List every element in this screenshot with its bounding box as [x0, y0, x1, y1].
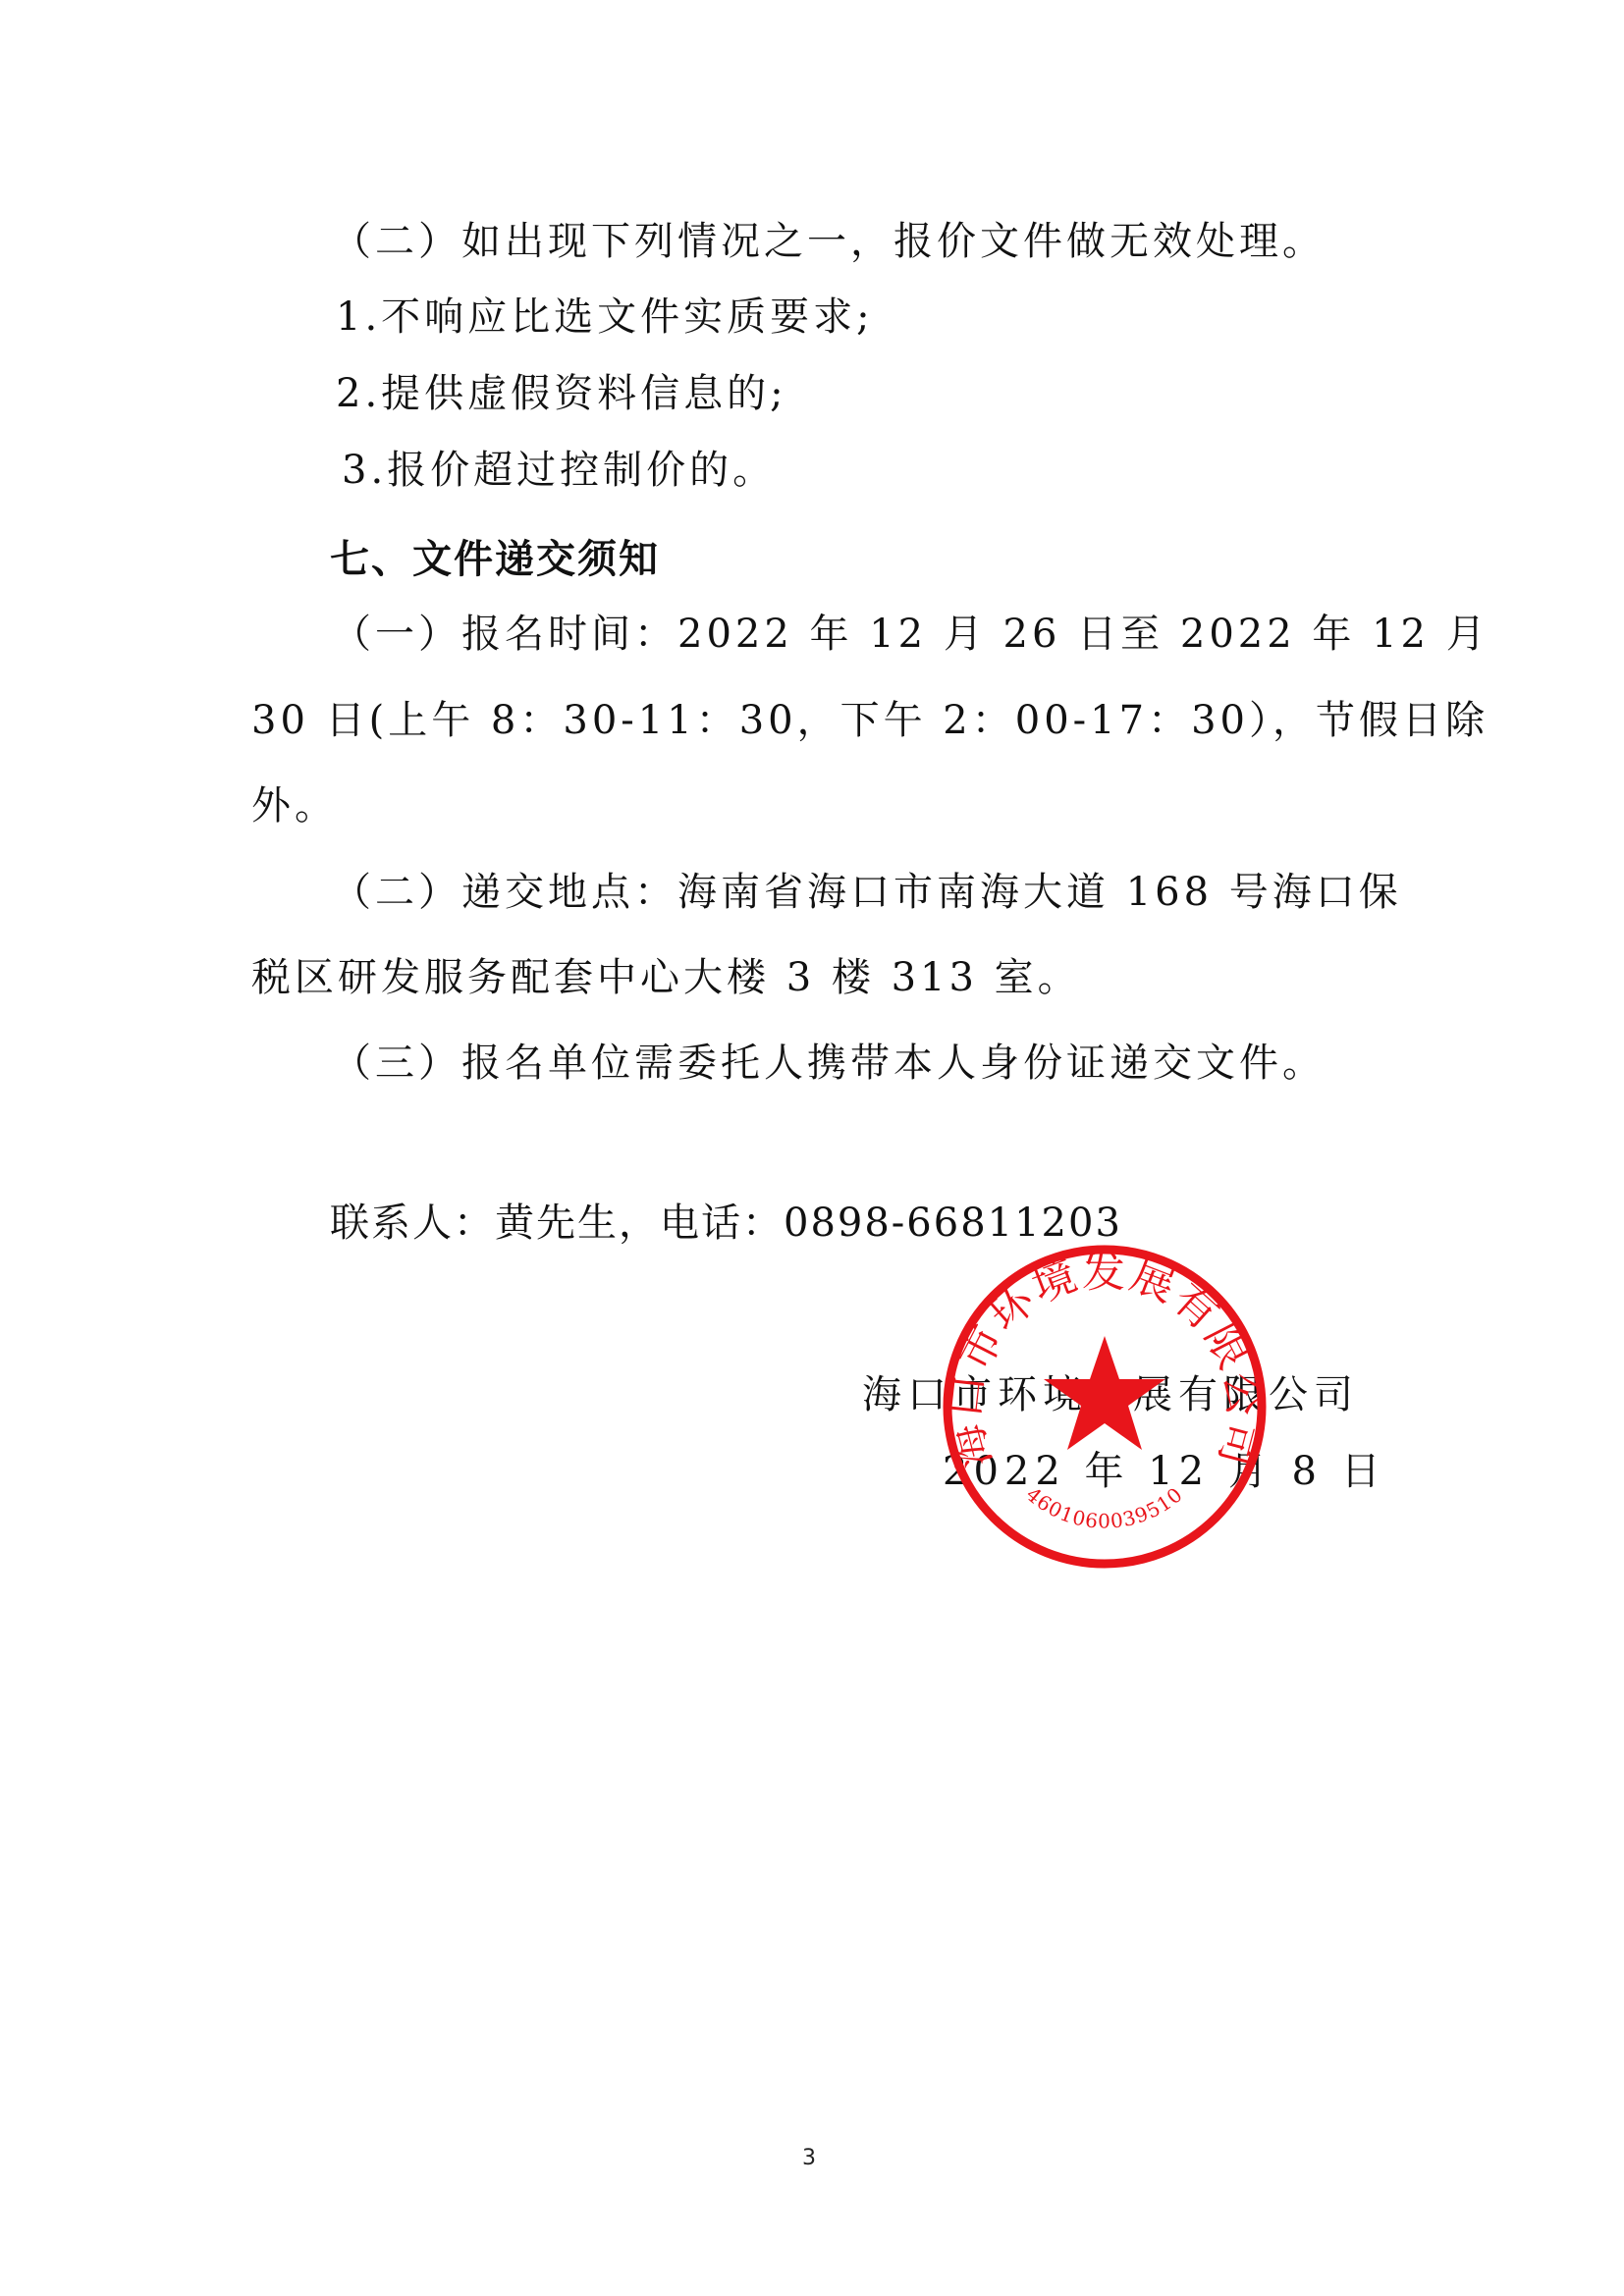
invalid-condition-item-2: 2.提供虚假资料信息的; — [336, 370, 787, 417]
signature-date: 2022 年 12 月 8 日 — [943, 1448, 1386, 1495]
id-requirement: （三）报名单位需委托人携带本人身份证递交文件。 — [332, 1040, 1326, 1087]
seal-ring-text: 海口市环境发展有限公司 — [940, 1248, 1269, 1473]
signature-company: 海口市环境发展有限公司 — [862, 1371, 1359, 1418]
contact-info: 联系人：黄先生，电话：0898-66811203 — [330, 1200, 1122, 1247]
submission-location-line-1: （二）递交地点：海南省海口市南海大道 168 号海口保 — [332, 869, 1386, 916]
invalid-condition-item-3: 3.报价超过控制价的。 — [342, 447, 776, 494]
submission-location-line-2: 税区研发服务配套中心大楼 3 楼 313 室。 — [251, 954, 1081, 1001]
invalid-conditions-heading: （二）如出现下列情况之一，报价文件做无效处理。 — [332, 218, 1326, 265]
page-number: 3 — [802, 2146, 816, 2170]
section-seven-heading: 七、文件递交须知 — [330, 536, 660, 583]
registration-time-line-2: 30 日(上午 8：30-11：30，下午 2：00-17：30），节假日除 — [251, 697, 1386, 744]
registration-time-line-3: 外。 — [251, 782, 338, 829]
registration-time-line-1: （一）报名时间：2022 年 12 月 26 日至 2022 年 12 月 — [332, 611, 1386, 658]
invalid-condition-item-1: 1.不响应比选文件实质要求; — [336, 294, 874, 341]
